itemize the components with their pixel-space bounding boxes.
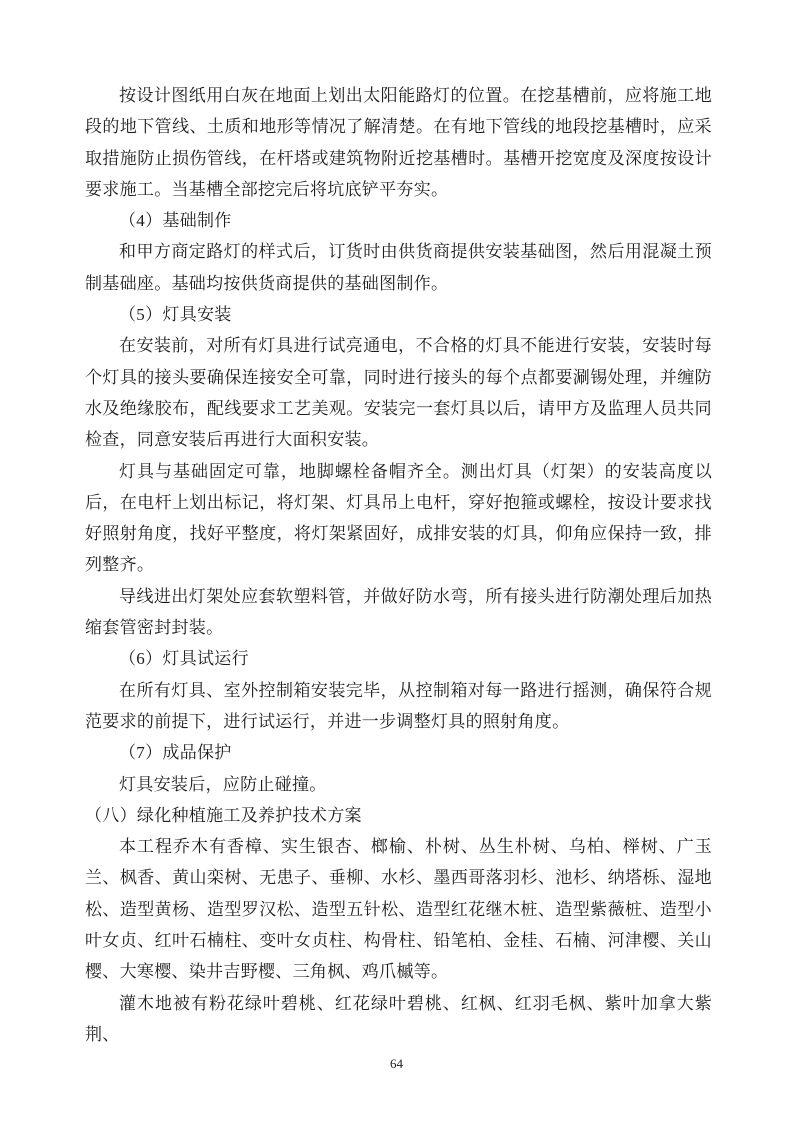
subsection-heading-4: （4）基础制作 — [85, 205, 712, 236]
page-number: 64 — [0, 1056, 793, 1072]
subsection-heading-5: （5）灯具安装 — [85, 299, 712, 330]
paragraph-foundation: 和甲方商定路灯的样式后，订货时由供货商提供安装基础图，然后用混凝土预制基础座。基… — [85, 236, 712, 299]
paragraph-product-protection: 灯具安装后，应防止碰撞。 — [85, 769, 712, 800]
paragraph-shrub-species: 灌木地被有粉花绿叶碧桃、红花绿叶碧桃、红枫、红羽毛枫、紫叶加拿大紫荆、 — [85, 988, 712, 1051]
paragraph-excavation: 按设计图纸用白灰在地面上划出太阳能路灯的位置。在挖基槽前，应将施工地段的地下管线… — [85, 80, 712, 205]
paragraph-tree-species: 本工程乔木有香樟、实生银杏、榔榆、朴树、丛生朴树、乌柏、榉树、广玉兰、枫香、黄山… — [85, 831, 712, 987]
subsection-heading-7: （7）成品保护 — [85, 737, 712, 768]
paragraph-lamp-install-1: 在安装前，对所有灯具进行试亮通电，不合格的灯具不能进行安装，安装时每个灯具的接头… — [85, 330, 712, 455]
paragraph-lamp-install-3: 导线进出灯架处应套软塑料管，并做好防水弯，所有接头进行防潮处理后加热缩套管密封封… — [85, 581, 712, 644]
document-page: 按设计图纸用白灰在地面上划出太阳能路灯的位置。在挖基槽前，应将施工地段的地下管线… — [0, 0, 793, 1122]
paragraph-trial-run: 在所有灯具、室外控制箱安装完毕，从控制箱对每一路进行摇测，确保符合规范要求的前提… — [85, 675, 712, 738]
section-heading-8: （八）绿化种植施工及养护技术方案 — [85, 800, 712, 831]
subsection-heading-6: （6）灯具试运行 — [85, 643, 712, 674]
paragraph-lamp-install-2: 灯具与基础固定可靠，地脚螺栓备帽齐全。测出灯具（灯架）的安装高度以后，在电杆上划… — [85, 456, 712, 581]
document-text-block: 按设计图纸用白灰在地面上划出太阳能路灯的位置。在挖基槽前，应将施工地段的地下管线… — [85, 80, 712, 1050]
